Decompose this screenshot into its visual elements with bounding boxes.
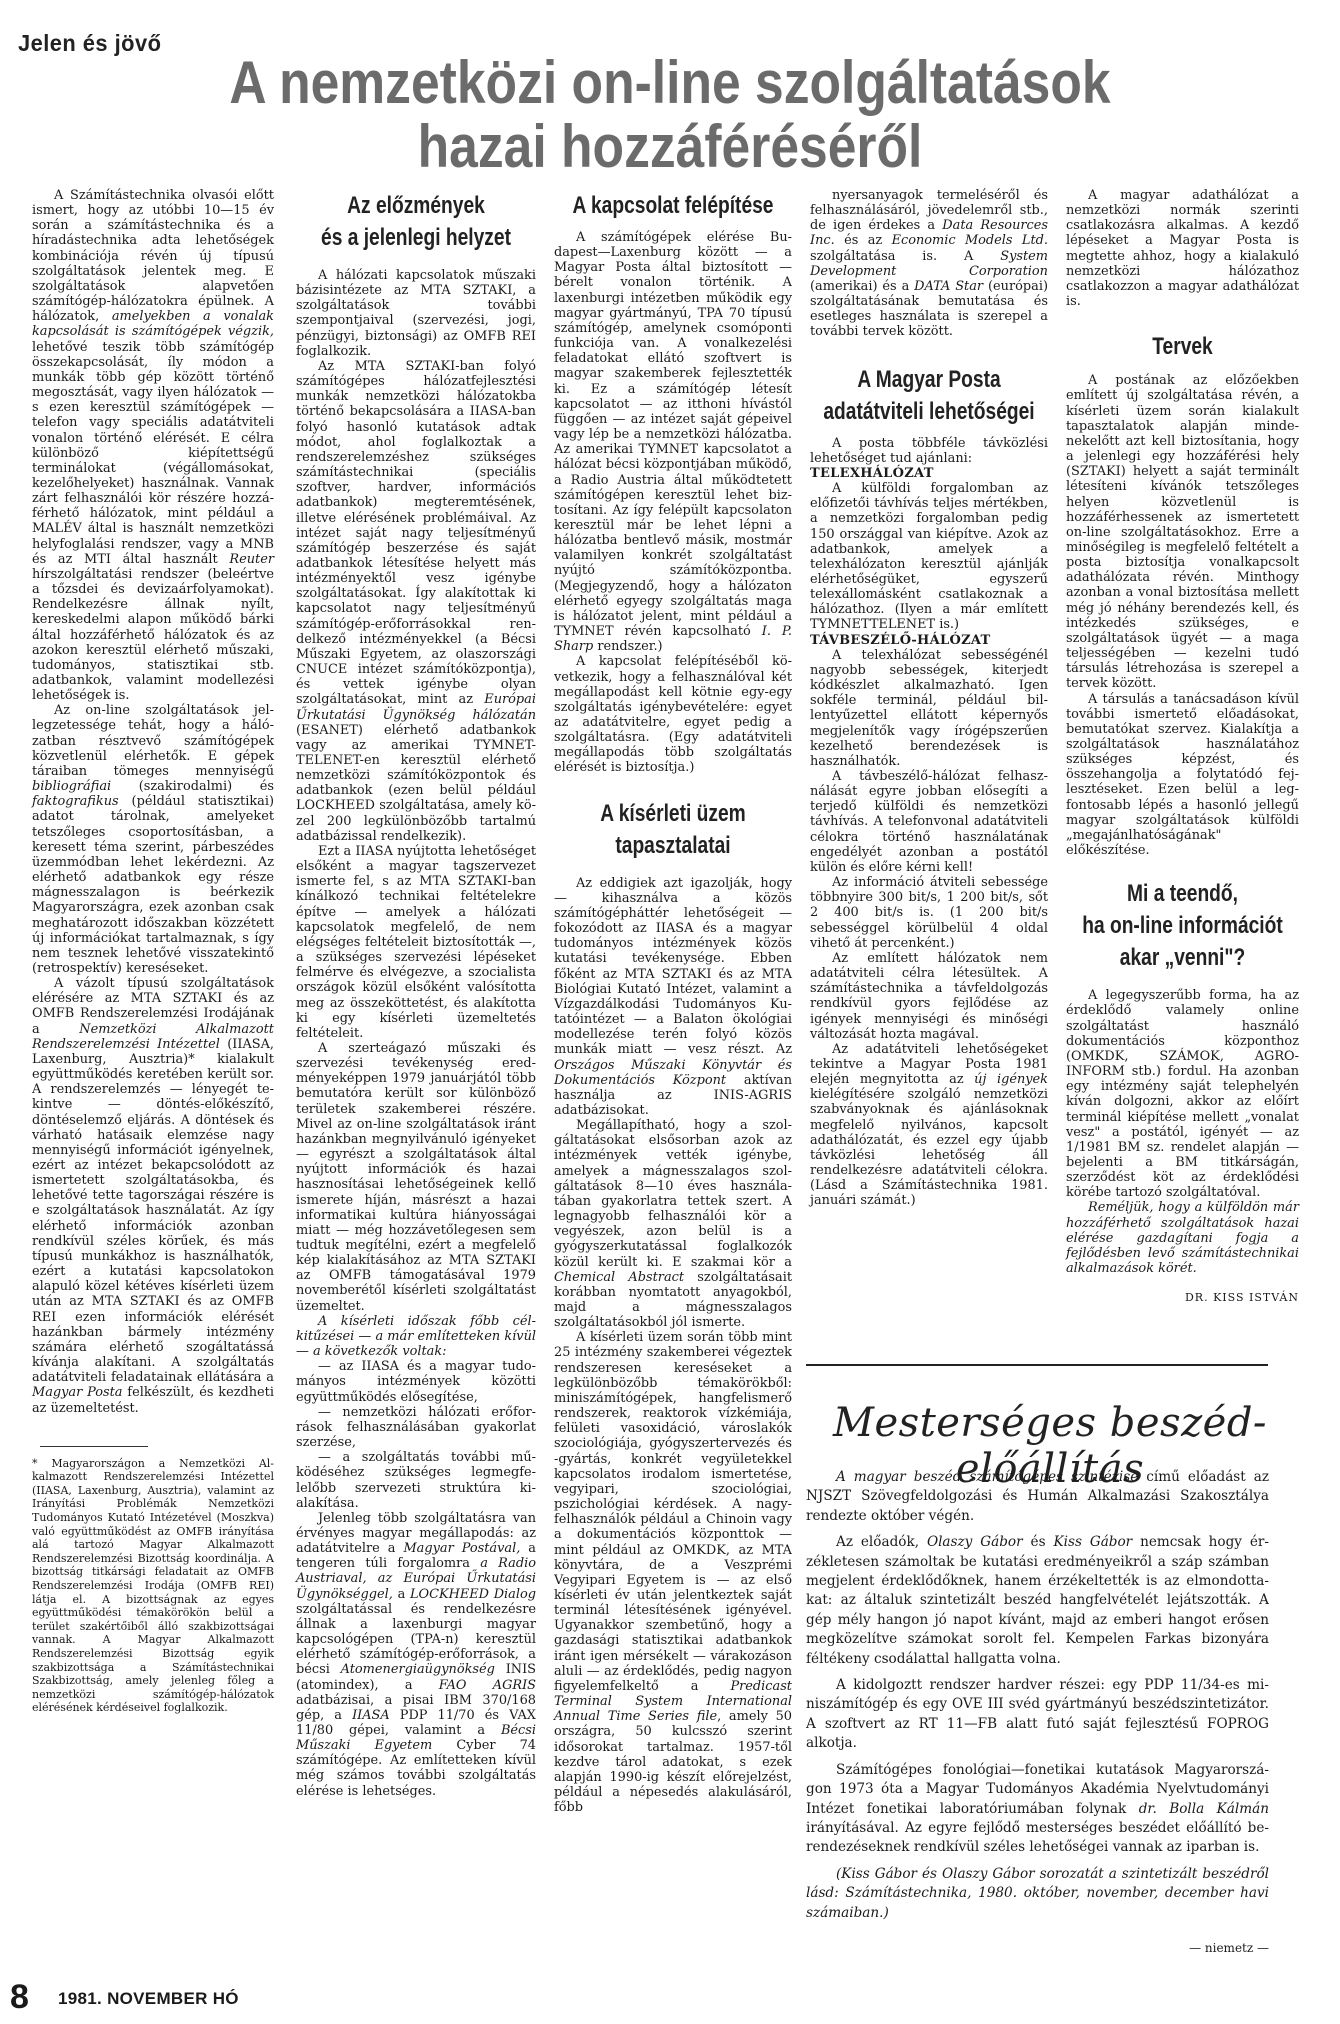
footnote-divider [40,1446,148,1447]
article-divider [806,1364,1268,1366]
spacer [1066,974,1299,988]
spacer [1066,858,1299,878]
heading-magyar-posta: A Magyar Posta adatátviteli lehetőségei [818,364,1040,428]
paragraph: A szerteágazó műszaki és szervezési tevé… [296,1041,536,1314]
subhead-tavbeszelo: TÁVBESZÉLŐ-HÁLÓZAT [810,633,1048,648]
heading-kiserleti-uzem: A kísérleti üzem tapasztalatai [562,798,784,862]
heading-line: ha on-line információt [1073,910,1291,942]
paragraph: A magyar adathálózat a nemzetközi normák… [1066,188,1299,309]
spacer [296,254,536,268]
phone-body: A telexhálózat sebességénél nagyobb sebe… [810,648,1048,1209]
heading-line: akar „venni"? [1073,942,1291,974]
heading-line: Az előzmények [304,190,528,222]
column-5-body-c: A legegyszerűbb forma, ha az érdeklődő v… [1066,988,1299,1276]
paragraph: A Számítástechnika olvasói előtt ismert,… [32,188,274,703]
heading-kapcsolat: A kapcsolat felépítése [562,190,784,222]
article-title-line1: A nemzetközi on-line szolgáltatások [94,50,1246,116]
heading-elozmenyek: Az előzmények és a jelenlegi helyzet [304,190,528,254]
heading-line: Mi a teendő, [1073,878,1291,910]
heading-tervek: Tervek [1073,331,1291,363]
paragraph: A telexhálózat sebességénél nagyobb sebe… [810,648,1048,769]
paragraph: Az eddigiek azt igazolják, hogy — kihasz… [554,876,792,1119]
paragraph: Az információ átviteli sebes­sége többny… [810,875,1048,951]
paragraph: A kísérleti üzem során több mint 25 inté… [554,1330,792,1815]
paragraph: A magyar beszéd számítógépes szintézise … [806,1468,1269,1526]
heading-mi-a-teendo: Mi a teendő, ha on-line információt akar… [1073,878,1291,974]
paragraph: A legegyszerűbb forma, ha az érdeklődő v… [1066,988,1299,1200]
column-4: nyersanyagok termeléséről és felhasználá… [810,188,1048,1209]
paragraph: A távbeszélő-hálózat felhasz­nálását egy… [810,769,1048,875]
paragraph: Az említett hálózatok nem adatátviteli c… [810,951,1048,1042]
footnote: * Magyarországon a Nemzetközi Al­kalmazo… [32,1457,274,1715]
column-3: A kapcsolat felépítése A számítógépek el… [554,190,792,1815]
paragraph: A kapcsolat felépítéséből kö­vetkezik, h… [554,654,792,775]
page-number: 8 [10,1978,29,2017]
spacer [554,776,792,798]
heading-line: A Magyar Posta [818,364,1040,396]
column-4-body-a: nyersanyagok termeléséről és felhasználá… [810,188,1048,340]
paragraph: Az MTA SZTAKI-ban folyó számítógépes hál… [296,359,536,844]
paragraph: A külföldi forgalomban az előfizetői táv… [810,481,1048,633]
footnote-text: * Magyarországon a Nemzetközi Al­kalmazo… [32,1457,274,1715]
paragraph: A számítógépek elérése Bu­dapest—Laxenbu… [554,230,792,654]
spacer [1066,363,1299,373]
heading-line: adatátviteli lehetőségei [818,396,1040,428]
column-1-body: A Számítástechnika olvasói előtt ismert,… [32,188,274,1416]
subhead-telex: TELEXHÁLÓZAT [810,466,1048,481]
paragraph: Megállapítható, hogy a szol­gáltatásokat… [554,1118,792,1330]
heading-line: A kísérleti üzem [562,798,784,830]
box-article-body: A magyar beszéd számítógépes szintézise … [806,1468,1269,1923]
paragraph: nyersanyagok termeléséről és felhasználá… [810,188,1048,340]
paragraph: Az on-line szolgáltatások jel­legzetessé… [32,703,274,976]
paragraph: Reméljük, hogy a külföldön már hozzáférh… [1066,1200,1299,1276]
paragraph: Az adatátviteli lehetőségeket tekintve a… [810,1042,1048,1209]
column-2: Az előzmények és a jelenlegi helyzet A h… [296,190,536,1799]
column-5: A magyar adathálózat a nemzetközi normák… [1066,188,1299,1305]
column-5-body-a: A magyar adathálózat a nemzetközi normák… [1066,188,1299,309]
paragraph: (Kiss Gábor és Olaszy Gábor sorozatát a … [806,1865,1269,1923]
box-article: A magyar beszéd számítógépes szintézise … [806,1468,1269,1965]
paragraph: A társulás a tanácsadáson kí­vül további… [1066,692,1299,859]
paragraph: A kidolgoztt rendszer hardver részei: eg… [806,1676,1269,1754]
spacer [810,340,1048,364]
paragraph: Számítógépes fonológiai—fonetikai kutatá… [806,1761,1269,1858]
column-5-body-b: A postának az előzőekben említett új szo… [1066,373,1299,858]
column-3-body-a: A számítógépek elérése Bu­dapest—Laxenbu… [554,230,792,776]
issue-date: 1981. NOVEMBER HÓ [58,1989,239,2009]
paragraph: — nemzetközi hálózati erőfor­rások felha… [296,1405,536,1450]
paragraph: A kísérleti időszak főbb cél­kitűzései —… [296,1314,536,1359]
box-article-signature: — niemetz — [806,1939,1269,1958]
spacer [1066,309,1299,331]
paragraph: Jelenleg több szolgáltatásra van érvénye… [296,1511,536,1799]
paragraph: A postának az előzőekben említett új szo… [1066,373,1299,691]
article-title-line2: hazai hozzáféréséről [94,114,1246,180]
telex-body: A külföldi forgalomban az előfizetői táv… [810,481,1048,633]
paragraph: A hálózati kapcsolatok mű­szaki bázisint… [296,268,536,359]
heading-line: tapasztalatai [562,830,784,862]
paragraph: — a szolgáltatás további mű­ködéséhez sz… [296,1450,536,1511]
author-byline: DR. KISS ISTVÁN [1066,1290,1299,1305]
paragraph: — az IIASA és a magyar tudo­mányos intéz… [296,1359,536,1404]
paragraph: Ezt a IIASA nyújtotta lehe­tőséget elsők… [296,844,536,1041]
posta-intro: A posta többféle távközlési lehetőséget … [810,436,1048,466]
paragraph: Az előadók, Olaszy Gábor és Kiss Gábor n… [806,1533,1269,1669]
spacer [554,222,792,230]
column-2-body: A hálózati kapcsolatok mű­szaki bázisint… [296,268,536,1799]
spacer [810,428,1048,436]
paragraph: A vázolt típusú szolgáltatá­sok elérésér… [32,976,274,1416]
column-3-body-b: Az eddigiek azt igazolják, hogy — kihasz… [554,876,792,1816]
column-1: A Számítástechnika olvasói előtt ismert,… [32,188,274,1715]
spacer [554,862,792,876]
heading-line: és a jelenlegi helyzet [304,222,528,254]
